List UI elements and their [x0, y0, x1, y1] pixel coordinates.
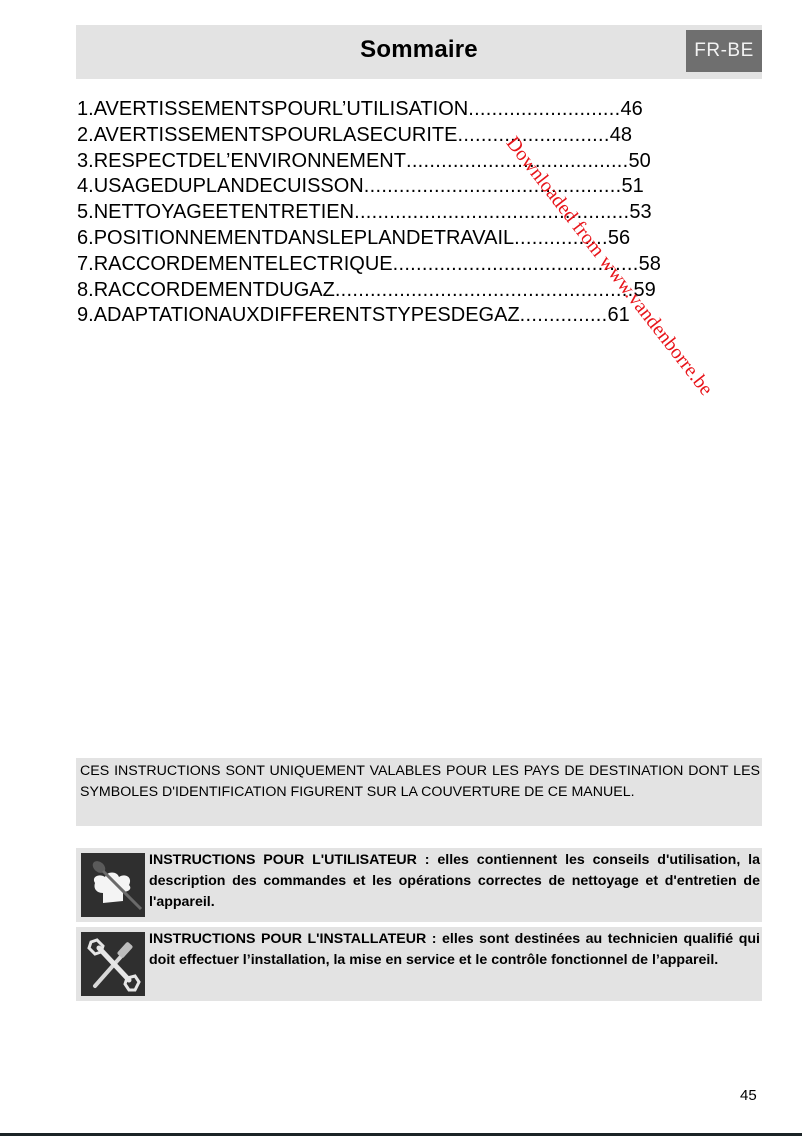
toc-number: 9.	[77, 304, 94, 326]
toc-page: 53	[629, 201, 651, 223]
toc-number: 8.	[77, 279, 94, 301]
toc-title: ADAPTATIONAUXDIFFERENTSTYPESDEGAZ	[94, 304, 520, 326]
toc-page: 58	[639, 253, 661, 275]
toc-item[interactable]: 6.POSITIONNEMENTDANSLEPLANDETRAVAIL.....…	[77, 226, 777, 252]
toc-title: RACCORDEMENTELECTRIQUE	[94, 253, 393, 275]
toc-leader: ........................................…	[354, 201, 629, 223]
toc-number: 4.	[77, 175, 94, 197]
toc-number: 2.	[77, 124, 94, 146]
language-badge: FR-BE	[686, 30, 762, 72]
toc-leader: ..........................	[468, 98, 620, 120]
toc-item[interactable]: 5.NETTOYAGEETENTRETIEN..................…	[77, 200, 777, 226]
toc-number: 5.	[77, 201, 94, 223]
toc-page: 61	[608, 304, 630, 326]
toc-title: NETTOYAGEETENTRETIEN	[94, 201, 354, 223]
installer-instructions-text: INSTRUCTIONS POUR L'INSTALLATEUR : elles…	[149, 929, 760, 971]
toc-item[interactable]: 7.RACCORDEMENTELECTRIQUE................…	[77, 252, 777, 278]
toc-page: 48	[610, 124, 632, 146]
validity-notice: CES INSTRUCTIONS SONT UNIQUEMENT VALABLE…	[76, 758, 762, 826]
toc-leader: ...............	[520, 304, 608, 326]
toc-leader: ........................................…	[364, 175, 622, 197]
toc-item[interactable]: 4.USAGEDUPLANDECUISSON..................…	[77, 174, 777, 200]
toc-title: AVERTISSEMENTSPOURL’UTILISATION	[94, 98, 469, 120]
user-instructions-text: INSTRUCTIONS POUR L'UTILISATEUR : elles …	[149, 850, 760, 913]
notice-text: CES INSTRUCTIONS SONT UNIQUEMENT VALABLE…	[76, 758, 762, 803]
table-of-contents: 1.AVERTISSEMENTSPOURL’UTILISATION.......…	[77, 97, 777, 329]
toc-item[interactable]: 9.ADAPTATIONAUXDIFFERENTSTYPESDEGAZ.....…	[77, 303, 777, 329]
toc-item[interactable]: 2.AVERTISSEMENTSPOURLASECURITE..........…	[77, 123, 777, 149]
toc-number: 1.	[77, 98, 94, 120]
toc-leader: ..........................	[457, 124, 609, 146]
toc-page: 50	[629, 150, 651, 172]
chef-hat-spoon-icon	[81, 853, 145, 917]
header-bar: Sommaire FR-BE	[76, 25, 762, 79]
toc-leader: ......................................	[406, 150, 629, 172]
toc-title: AVERTISSEMENTSPOURLASECURITE	[94, 124, 458, 146]
user-instructions-box: INSTRUCTIONS POUR L'UTILISATEUR : elles …	[76, 848, 762, 922]
toc-item[interactable]: 3.RESPECTDEL’ENVIRONNEMENT..............…	[77, 149, 777, 175]
toc-page: 56	[608, 227, 630, 249]
toc-item[interactable]: 1.AVERTISSEMENTSPOURL’UTILISATION.......…	[77, 97, 777, 123]
toc-number: 6.	[77, 227, 94, 249]
toc-title: USAGEDUPLANDECUISSON	[94, 175, 364, 197]
toc-number: 7.	[77, 253, 94, 275]
toc-leader: ................	[514, 227, 608, 249]
toc-item[interactable]: 8.RACCORDEMENTDUGAZ.....................…	[77, 278, 777, 304]
toc-title: POSITIONNEMENTDANSLEPLANDETRAVAIL	[94, 227, 514, 249]
page-title: Sommaire	[76, 36, 762, 64]
toc-leader: ........................................…	[335, 279, 634, 301]
toc-number: 3.	[77, 150, 94, 172]
toc-page: 46	[621, 98, 643, 120]
wrench-screwdriver-icon	[81, 932, 145, 996]
toc-title: RACCORDEMENTDUGAZ	[94, 279, 335, 301]
toc-leader: ........................................…	[393, 253, 639, 275]
installer-instructions-box: INSTRUCTIONS POUR L'INSTALLATEUR : elles…	[76, 927, 762, 1001]
page-number: 45	[740, 1087, 757, 1104]
toc-page: 59	[634, 279, 656, 301]
toc-title: RESPECTDEL’ENVIRONNEMENT	[94, 150, 406, 172]
toc-page: 51	[621, 175, 643, 197]
